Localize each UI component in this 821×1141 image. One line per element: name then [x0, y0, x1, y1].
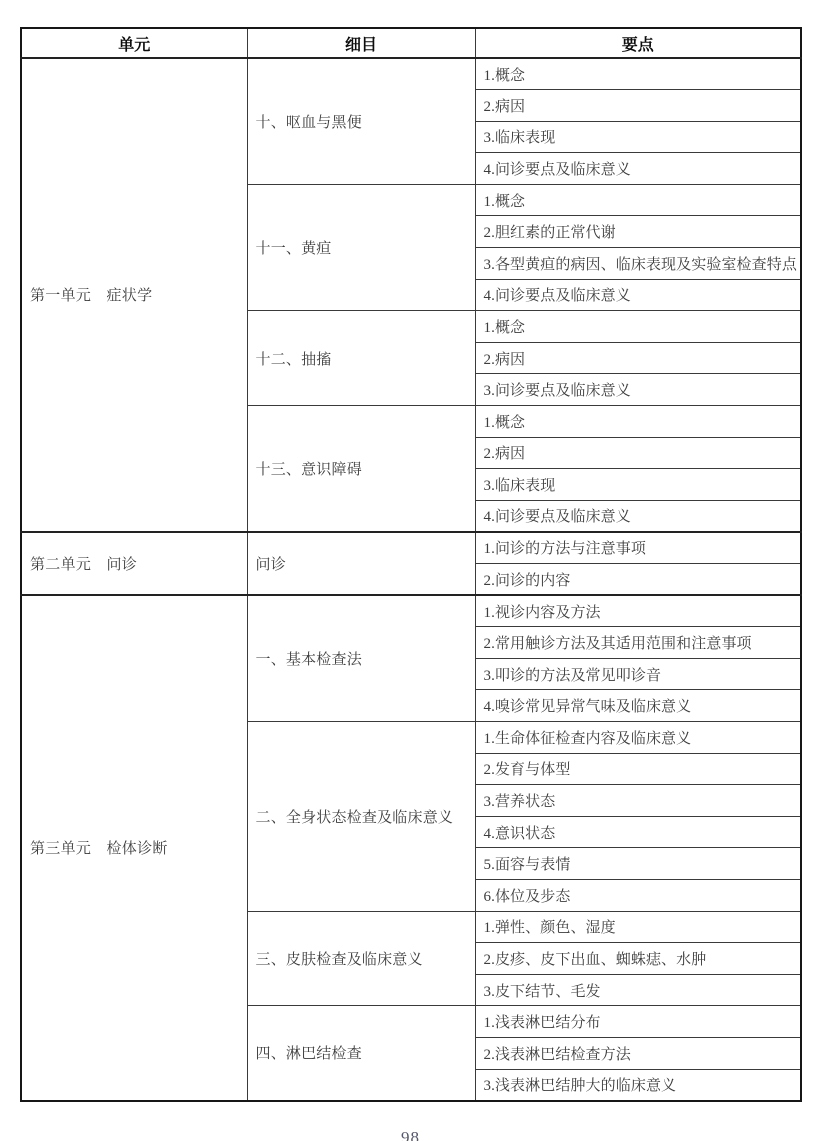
point-cell: 3.临床表现	[475, 121, 801, 153]
detail-cell: 一、基本检查法	[247, 595, 475, 721]
point-cell: 2.常用触诊方法及其适用范围和注意事项	[475, 627, 801, 659]
header-row: 单元 细目 要点	[21, 28, 801, 58]
point-cell: 1.弹性、颜色、湿度	[475, 911, 801, 943]
table-row: 第三单元 检体诊断 一、基本检查法 1.视诊内容及方法	[21, 595, 801, 627]
unit-cell: 第一单元 症状学	[21, 58, 247, 532]
detail-cell: 三、皮肤检查及临床意义	[247, 911, 475, 1006]
point-cell: 3.各型黄疸的病因、临床表现及实验室检查特点	[475, 248, 801, 280]
point-cell: 4.问诊要点及临床意义	[475, 153, 801, 185]
point-cell: 1.概念	[475, 58, 801, 90]
point-cell: 4.意识状态	[475, 816, 801, 848]
point-cell: 1.概念	[475, 311, 801, 343]
point-cell: 2.病因	[475, 342, 801, 374]
point-cell: 2.问诊的内容	[475, 564, 801, 596]
point-cell: 3.浅表淋巴结肿大的临床意义	[475, 1069, 801, 1101]
col-header-detail: 细目	[247, 28, 475, 58]
detail-cell: 二、全身状态检查及临床意义	[247, 721, 475, 911]
point-cell: 6.体位及步态	[475, 879, 801, 911]
point-cell: 2.发育与体型	[475, 753, 801, 785]
point-cell: 1.问诊的方法与注意事项	[475, 532, 801, 564]
point-cell: 2.皮疹、皮下出血、蜘蛛痣、水肿	[475, 943, 801, 975]
point-cell: 2.胆红素的正常代谢	[475, 216, 801, 248]
point-cell: 3.问诊要点及临床意义	[475, 374, 801, 406]
point-cell: 3.叩诊的方法及常见叩诊音	[475, 658, 801, 690]
col-header-unit: 单元	[21, 28, 247, 58]
point-cell: 1.生命体征检查内容及临床意义	[475, 721, 801, 753]
detail-cell: 四、淋巴结检查	[247, 1006, 475, 1101]
point-cell: 3.皮下结节、毛发	[475, 974, 801, 1006]
point-cell: 2.浅表淋巴结检查方法	[475, 1037, 801, 1069]
table-row: 第二单元 问诊 问诊 1.问诊的方法与注意事项	[21, 532, 801, 564]
point-cell: 4.问诊要点及临床意义	[475, 279, 801, 311]
point-cell: 5.面容与表情	[475, 848, 801, 880]
detail-cell: 问诊	[247, 532, 475, 595]
point-cell: 1.浅表淋巴结分布	[475, 1006, 801, 1038]
table-row: 第一单元 症状学 十、呕血与黑便 1.概念	[21, 58, 801, 90]
detail-cell: 十二、抽搐	[247, 311, 475, 406]
point-cell: 2.病因	[475, 437, 801, 469]
page-number: 98	[0, 1128, 821, 1141]
point-cell: 3.营养状态	[475, 785, 801, 817]
detail-cell: 十、呕血与黑便	[247, 58, 475, 184]
detail-cell: 十一、黄疸	[247, 184, 475, 310]
unit-cell: 第三单元 检体诊断	[21, 595, 247, 1101]
point-cell: 2.病因	[475, 90, 801, 122]
point-cell: 1.概念	[475, 406, 801, 438]
col-header-points: 要点	[475, 28, 801, 58]
point-cell: 4.问诊要点及临床意义	[475, 500, 801, 532]
point-cell: 4.嗅诊常见异常气味及临床意义	[475, 690, 801, 722]
document-page: 单元 细目 要点 第一单元 症状学 十、呕血与黑便 1.概念 2.病因 3.临床…	[0, 0, 821, 1141]
detail-cell: 十三、意识障碍	[247, 406, 475, 532]
unit-cell: 第二单元 问诊	[21, 532, 247, 595]
syllabus-table: 单元 细目 要点 第一单元 症状学 十、呕血与黑便 1.概念 2.病因 3.临床…	[20, 27, 802, 1102]
point-cell: 3.临床表现	[475, 469, 801, 501]
point-cell: 1.视诊内容及方法	[475, 595, 801, 627]
point-cell: 1.概念	[475, 184, 801, 216]
